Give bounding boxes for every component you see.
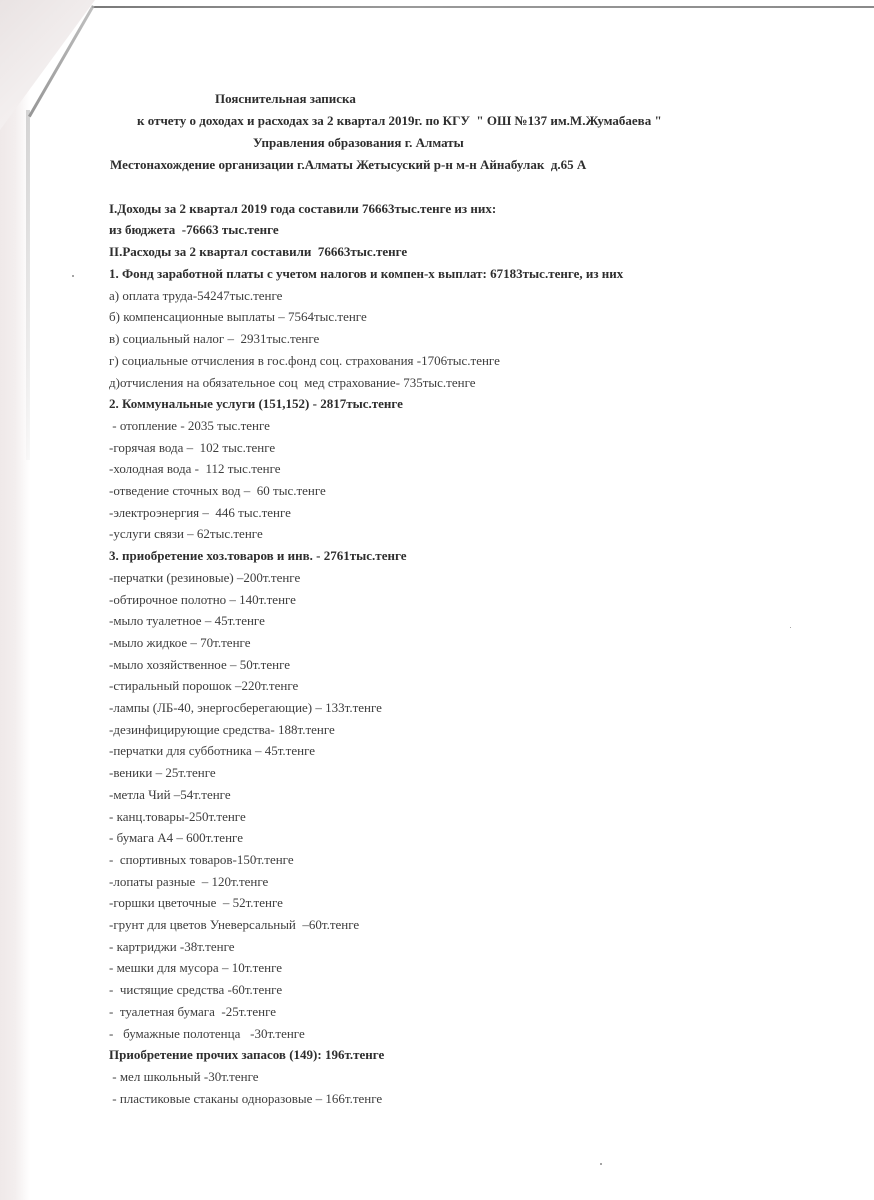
expense-item: -мыло хозяйственное – 50т.тенге	[109, 657, 290, 673]
document-page: Пояснительная записка к отчету о доходах…	[0, 0, 874, 1200]
expense-item: - мел школьный -30т.тенге	[109, 1069, 259, 1085]
expense-item: -перчатки (резиновые) –200т.тенге	[109, 570, 300, 586]
expense-item: - бумажные полотенца -30т.тенге	[109, 1026, 305, 1042]
expense-item: -дезинфицирующие средства- 188т.тенге	[109, 722, 335, 738]
expense-item: - канц.товары-250т.тенге	[109, 809, 246, 825]
expense-item: - спортивных товаров-150т.тенге	[109, 852, 294, 868]
expense-item: -отведение сточных вод – 60 тыс.тенге	[109, 483, 326, 499]
expense-item: -горячая вода – 102 тыс.тенге	[109, 440, 275, 456]
expense-item: - мешки для мусора – 10т.тенге	[109, 960, 282, 976]
document-subtitle: к отчету о доходах и расходах за 2 кварт…	[137, 113, 662, 129]
expense-item: - чистящие средства -60т.тенге	[109, 982, 282, 998]
expense-item: -электроэнергия – 446 тыс.тенге	[109, 505, 291, 521]
expense-item: - пластиковые стаканы одноразовые – 166т…	[109, 1091, 382, 1107]
document-department: Управления образования г. Алматы	[253, 135, 464, 151]
section-heading: 1. Фонд заработной платы с учетом налого…	[109, 266, 623, 282]
expense-item: -метла Чий –54т.тенге	[109, 787, 231, 803]
expense-item: б) компенсационные выплаты – 7564тыс.тен…	[109, 309, 367, 325]
income-budget: из бюджета -76663 тыс.тенге	[109, 222, 279, 238]
document-title: Пояснительная записка	[215, 91, 356, 107]
expense-item: -холодная вода - 112 тыс.тенге	[109, 461, 281, 477]
expense-item: - бумага А4 – 600т.тенге	[109, 830, 243, 846]
expense-item: - отопление - 2035 тыс.тенге	[109, 418, 270, 434]
expense-item: г) социальные отчисления в гос.фонд соц.…	[109, 353, 500, 369]
expenses-heading: II.Расходы за 2 квартал составили 76663т…	[109, 244, 407, 260]
document-location: Местонахождение организации г.Алматы Жет…	[110, 157, 586, 173]
section-heading: 2. Коммунальные услуги (151,152) - 2817т…	[109, 396, 403, 412]
section-heading: 3. приобретение хоз.товаров и инв. - 276…	[109, 548, 406, 564]
expense-item: -грунт для цветов Уневерсальный –60т.тен…	[109, 917, 359, 933]
expense-item: -мыло жидкое – 70т.тенге	[109, 635, 250, 651]
section-heading: Приобретение прочих запасов (149): 196т.…	[109, 1047, 384, 1063]
expense-item: д)отчисления на обязательное соц мед стр…	[109, 375, 476, 391]
expense-item: а) оплата труда-54247тыс.тенге	[109, 288, 282, 304]
expense-item: -перчатки для субботника – 45т.тенге	[109, 743, 315, 759]
expense-item: -обтирочное полотно – 140т.тенге	[109, 592, 296, 608]
expense-item: -мыло туалетное – 45т.тенге	[109, 613, 265, 629]
expense-item: -услуги связи – 62тыс.тенге	[109, 526, 263, 542]
expense-item: в) социальный налог – 2931тыс.тенге	[109, 331, 319, 347]
expense-item: - картриджи -38т.тенге	[109, 939, 235, 955]
expense-item: -горшки цветочные – 52т.тенге	[109, 895, 283, 911]
expense-item: -лампы (ЛБ-40, энергосберегающие) – 133т…	[109, 700, 382, 716]
expense-item: -лопаты разные – 120т.тенге	[109, 874, 268, 890]
expense-item: - туалетная бумага -25т.тенге	[109, 1004, 276, 1020]
expense-item: -веники – 25т.тенге	[109, 765, 216, 781]
income-heading: I.Доходы за 2 квартал 2019 года составил…	[109, 201, 496, 217]
expense-item: -стиральный порошок –220т.тенге	[109, 678, 298, 694]
